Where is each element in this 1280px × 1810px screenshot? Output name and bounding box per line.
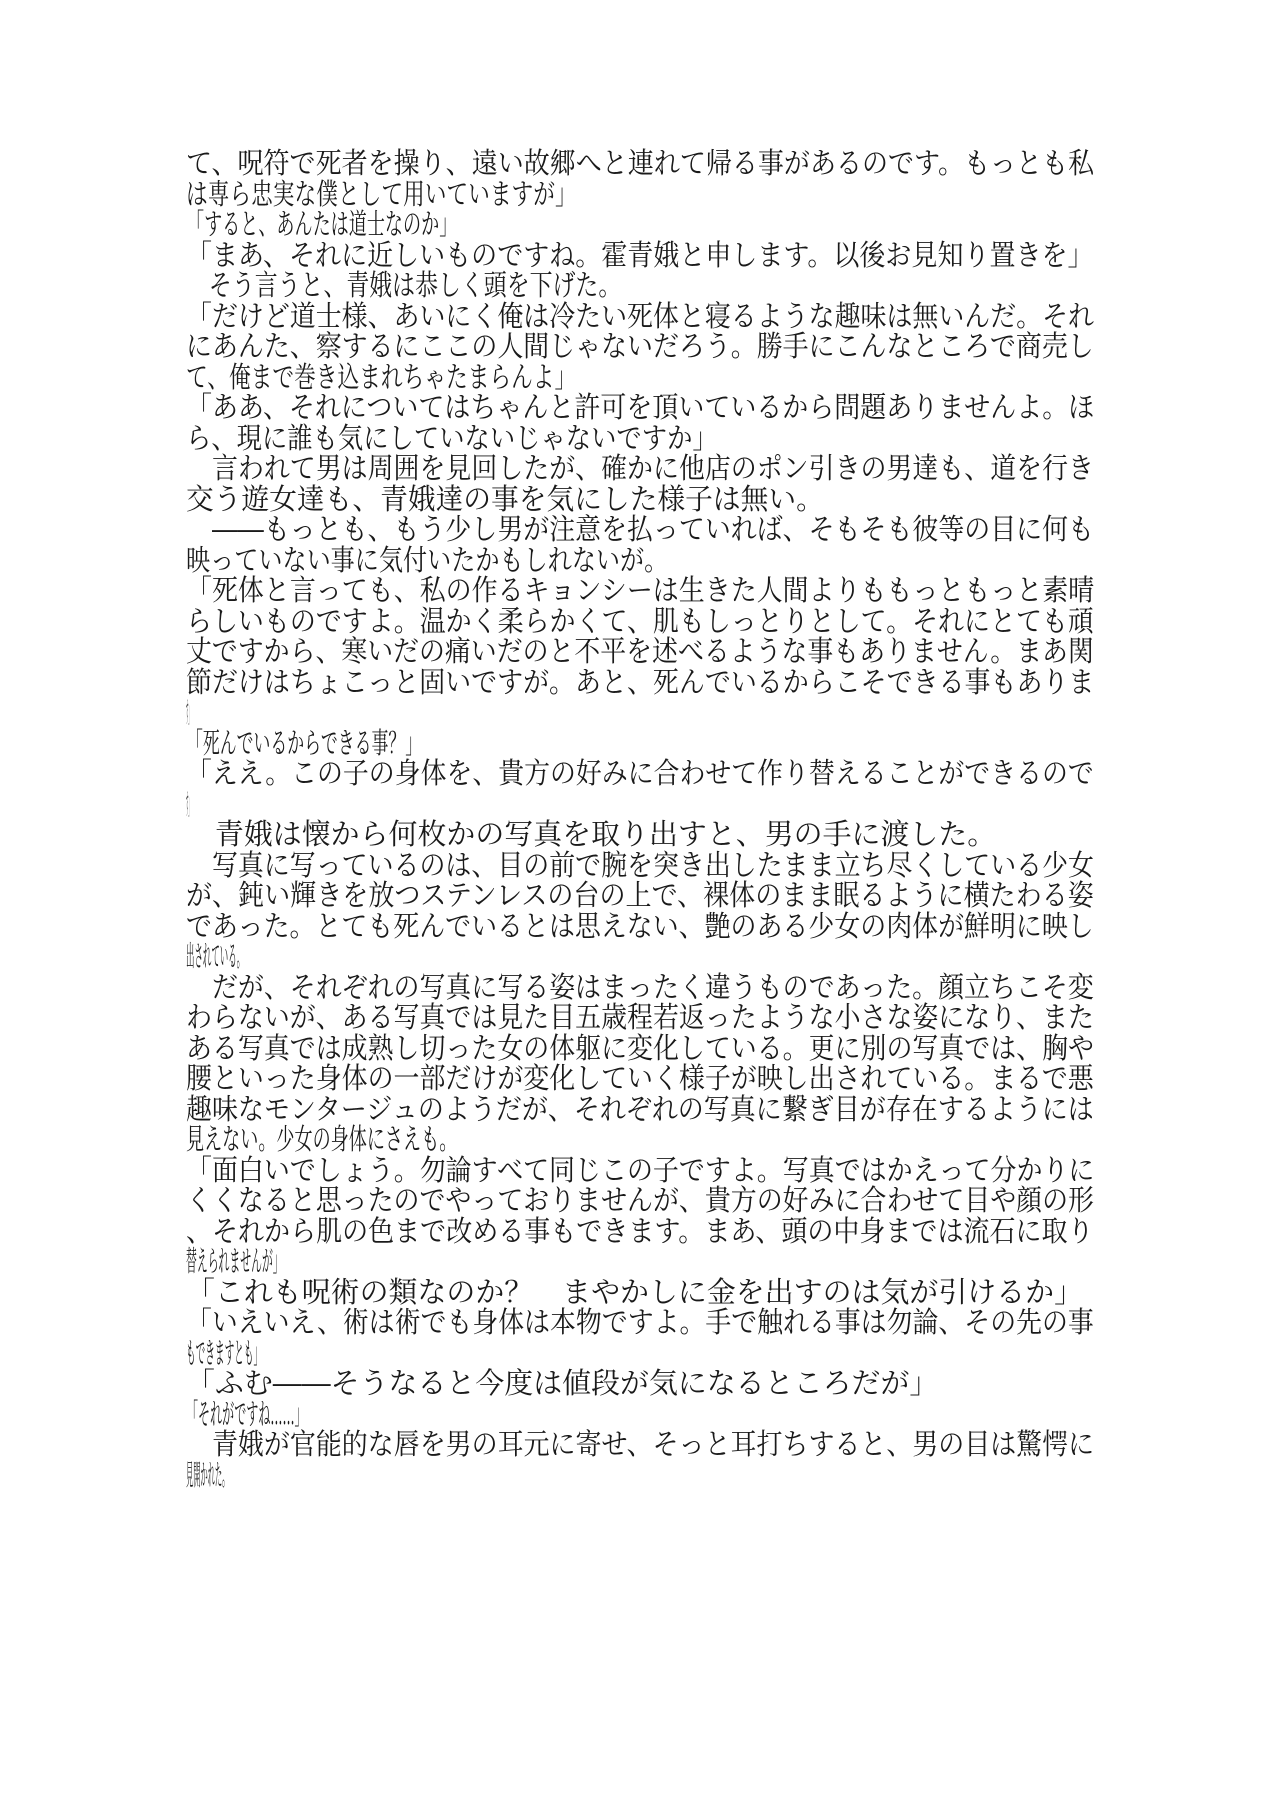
text-line: そう言うと、青娥は恭しく頭を下げた。 xyxy=(186,270,905,301)
text-line: ある写真では成熟し切った女の体躯に変化している。更に別の写真では、胸や xyxy=(186,1033,1000,1064)
text-line: 、それから肌の色まで改める事もできます。まあ、頭の中身までは流石に取り xyxy=(186,1216,1002,1247)
text-line: 「これも呪術の類なのか？ まやかしに金を出すのは気が引けるか」 xyxy=(186,1277,1094,1308)
text-line: 「すると、あんたは道士なのか」 xyxy=(186,209,754,240)
text-line: て、呪符で死者を操り、遠い故郷へと連れて帰る事があるのです。もっとも私 xyxy=(186,148,1002,179)
text-line: 「面白いでしょう。勿論すべて同じこの子ですよ。写真ではかえって分かりに xyxy=(186,1155,1001,1186)
text-line: 丈ですから、寒いだの痛いだのと不平を述べるような事もありません。まあ関 xyxy=(186,636,998,667)
text-line: 趣味なモンタージュのようだが、それぞれの写真に繋ぎ目が存在するようには xyxy=(186,1094,1002,1125)
text-line: ら、現に誰も気にしていないじゃないですか」 xyxy=(186,423,981,454)
text-line: だが、それぞれの写真に写る姿はまったく違うものであった。顔立ちこそ変 xyxy=(186,972,1000,1003)
text-line: す」 xyxy=(186,789,262,820)
text-line: 腰といった身体の一部だけが変化していく様子が映し出されている。まるで悪 xyxy=(186,1063,1000,1094)
text-line: 青娥が官能的な唇を男の耳元に寄せ、そっと耳打ちすると、男の目は驚愕に xyxy=(186,1429,1001,1460)
text-line: 映っていない事に気付いたかもしれないが。 xyxy=(186,545,943,576)
text-line: 写真に写っているのは、目の前で腕を突き出したまま立ち尽くしている少女 xyxy=(186,850,1000,881)
text-line: らしいものですよ。温かく柔らかくて、肌もしっとりとして。それにとても頑 xyxy=(186,606,1001,637)
text-line: 節だけはちょこっと固いですが。あと、死んでいるからこそできる事もありま xyxy=(186,667,1001,698)
text-line: わらないが、ある写真では見た目五歳程若返ったような小さな姿になり、また xyxy=(186,1002,1000,1033)
document-page: て、呪符で死者を操り、遠い故郷へと連れて帰る事があるのです。もっとも私 は専ら忠… xyxy=(186,148,1096,1490)
text-line: 替えられませんが」 xyxy=(186,1246,527,1277)
text-line: 青娥は懐から何枚かの写真を取り出すと、男の手に渡した。 xyxy=(186,819,1094,850)
text-line: す」 xyxy=(186,697,262,728)
text-line: にあんた、察するにここの人間じゃないだろう。勝手にこんなところで商売し xyxy=(186,331,1000,362)
text-line: 「死体と言っても、私の作るキョンシーは生きた人間よりももっともっと素晴 xyxy=(186,575,1001,606)
text-line: くくなると思ったのでやっておりませんが、貴方の好みに合わせて目や顔の形 xyxy=(186,1185,1000,1216)
text-line: 交う遊女達も、青娥達の事を気にした様子は無い。 xyxy=(186,484,1056,515)
text-line: 見開かれた。 xyxy=(186,1460,413,1491)
text-line: 「ふむ――そうなると今度は値段が気になるところだが」 xyxy=(186,1368,1094,1399)
text-line: ――もっとも、もう少し男が注意を払っていれば、そもそも彼等の目に何も xyxy=(186,514,1000,545)
text-line: 出されている。 xyxy=(186,941,451,972)
text-line: 「だけど道士様、あいにく俺は冷たい死体と寝るような趣味は無いんだ。それ xyxy=(186,301,1000,332)
text-line: 「死んでいるからできる事？」 xyxy=(186,728,716,759)
text-line: であった。とても死んでいるとは思えない、艶のある少女の肉体が鮮明に映し xyxy=(186,911,1000,942)
text-line: 「それがですね……」 xyxy=(186,1399,564,1430)
text-line: 「ああ、それについてはちゃんと許可を頂いているから問題ありませんよ。ほ xyxy=(186,392,1002,423)
text-line: て、俺まで巻き込まれちゃたまらんよ」 xyxy=(186,362,867,393)
text-line: 「ええ。この子の身体を、貴方の好みに合わせて作り替えることができるので xyxy=(186,758,998,789)
text-line: 「いえいえ、術は術でも身体は本物ですよ。手で触れる事は勿論、その先の事 xyxy=(186,1307,998,1338)
text-line: 「まあ、それに近しいものですね。霍青娥と申します。以後お見知り置きを」 xyxy=(186,240,1002,271)
text-line: 見えない。少女の身体にさえも。 xyxy=(186,1124,754,1155)
text-line: は専ら忠実な僕として用いていますが」 xyxy=(186,179,867,210)
text-line: 言われて男は周囲を見回したが、確かに他店のポン引きの男達も、道を行き xyxy=(186,453,1000,484)
text-line: が、鈍い輝きを放つステンレスの台の上で、裸体のまま眠るように横たわる姿 xyxy=(186,880,1003,911)
text-line: もできますとも」 xyxy=(186,1338,489,1369)
